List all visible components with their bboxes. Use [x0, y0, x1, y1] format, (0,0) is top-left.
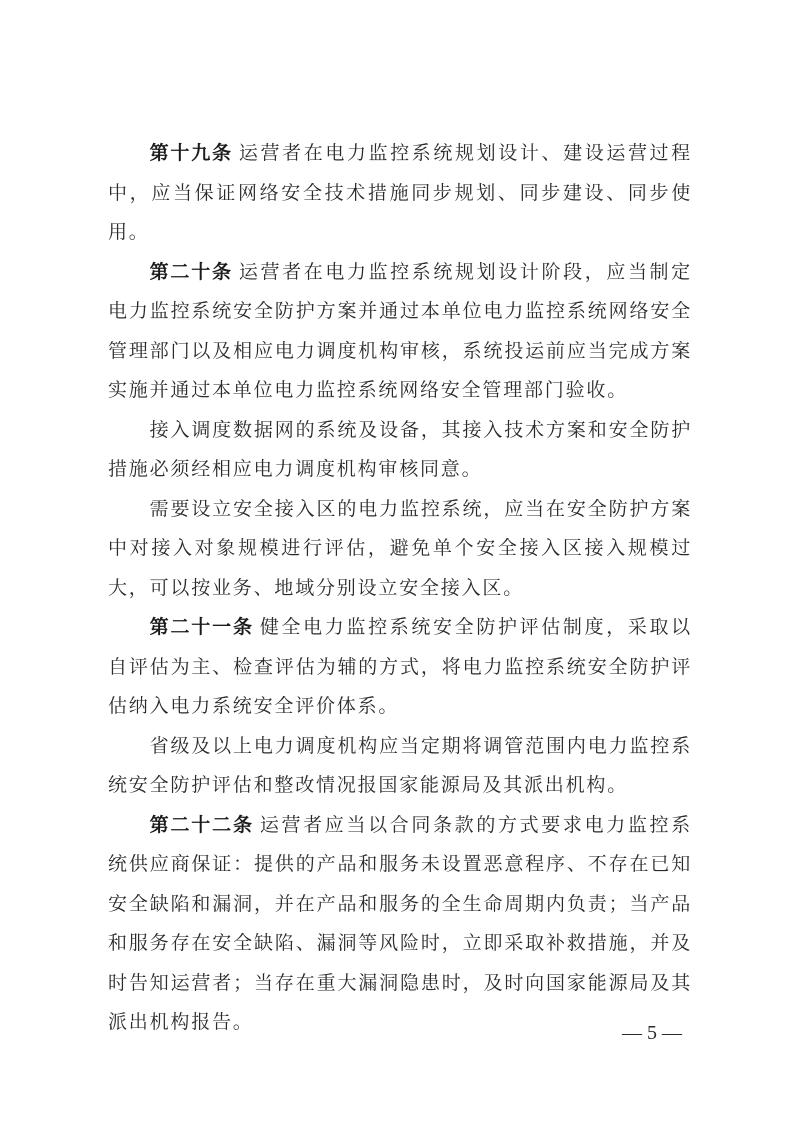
article-21-clause-2: 省级及以上电力调度机构应当定期将调管范围内电力监控系统安全防护评估和整改情况报国…	[108, 727, 692, 806]
article-22-paragraph: 第二十二条运营者应当以合同条款的方式要求电力监控系统供应商保证：提供的产品和服务…	[108, 806, 692, 1043]
article-number: 第二十二条	[150, 814, 254, 836]
document-page: 第十九条运营者在电力监控系统规划设计、建设运营过程中，应当保证网络安全技术措施同…	[108, 134, 692, 1043]
article-20-paragraph: 第二十条运营者在电力监控系统规划设计阶段，应当制定电力监控系统安全防护方案并通过…	[108, 253, 692, 411]
page-number: — 5 —	[622, 1022, 682, 1045]
article-19-paragraph: 第十九条运营者在电力监控系统规划设计、建设运营过程中，应当保证网络安全技术措施同…	[108, 134, 692, 253]
article-number: 第十九条	[150, 142, 233, 164]
clause-text: 省级及以上电力调度机构应当定期将调管范围内电力监控系统安全防护评估和整改情况报国…	[108, 735, 692, 797]
article-number: 第二十一条	[150, 616, 254, 638]
article-number: 第二十条	[150, 261, 233, 283]
clause-text: 接入调度数据网的系统及设备，其接入技术方案和安全防护措施必须经相应电力调度机构审…	[108, 419, 692, 481]
article-text: 运营者应当以合同条款的方式要求电力监控系统供应商保证：提供的产品和服务未设置恶意…	[108, 814, 692, 1034]
article-20-clause-3: 需要设立安全接入区的电力监控系统，应当在安全防护方案中对接入对象规模进行评估，避…	[108, 490, 692, 609]
article-21-paragraph: 第二十一条健全电力监控系统安全防护评估制度，采取以自评估为主、检查评估为辅的方式…	[108, 608, 692, 727]
clause-text: 需要设立安全接入区的电力监控系统，应当在安全防护方案中对接入对象规模进行评估，避…	[108, 498, 692, 599]
article-20-clause-2: 接入调度数据网的系统及设备，其接入技术方案和安全防护措施必须经相应电力调度机构审…	[108, 411, 692, 490]
